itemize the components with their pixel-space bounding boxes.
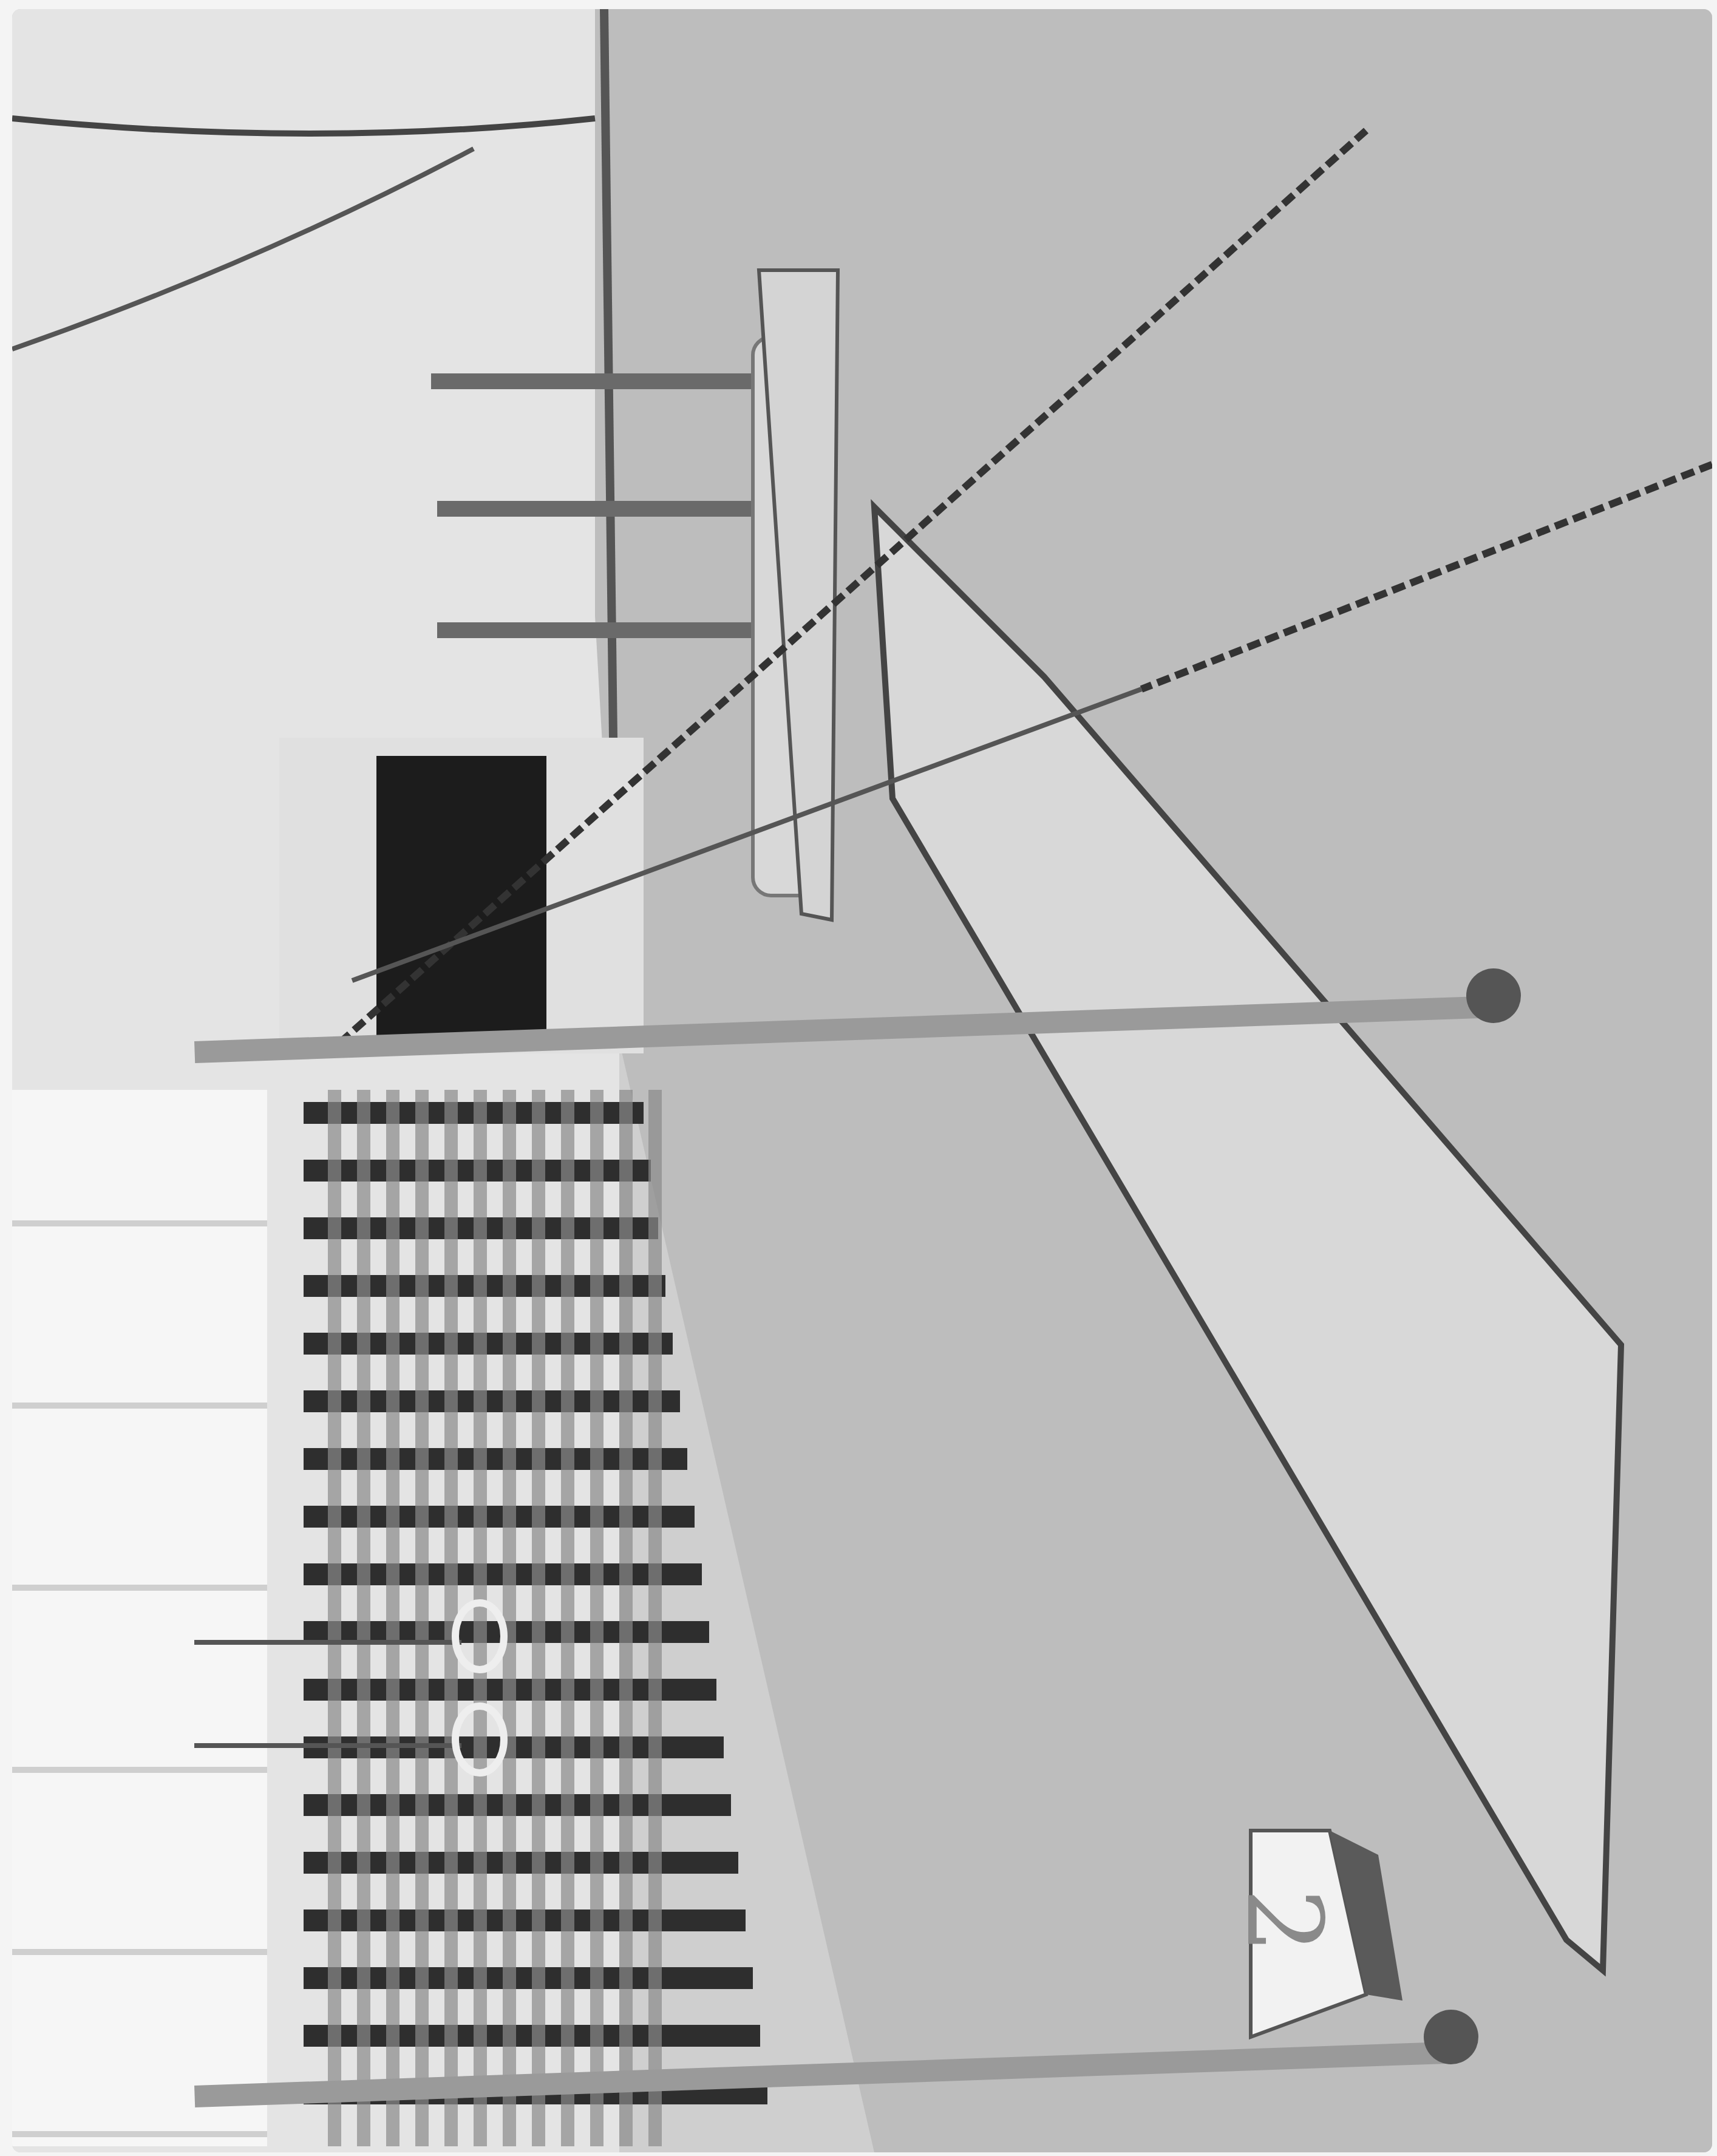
box-number-marking: 2 — [1223, 1888, 1344, 1954]
windows-strip — [12, 1090, 267, 2146]
gym-photograph: 2 — [12, 9, 1712, 2152]
dark-door — [376, 756, 546, 1035]
gym-scene — [12, 9, 1712, 2152]
